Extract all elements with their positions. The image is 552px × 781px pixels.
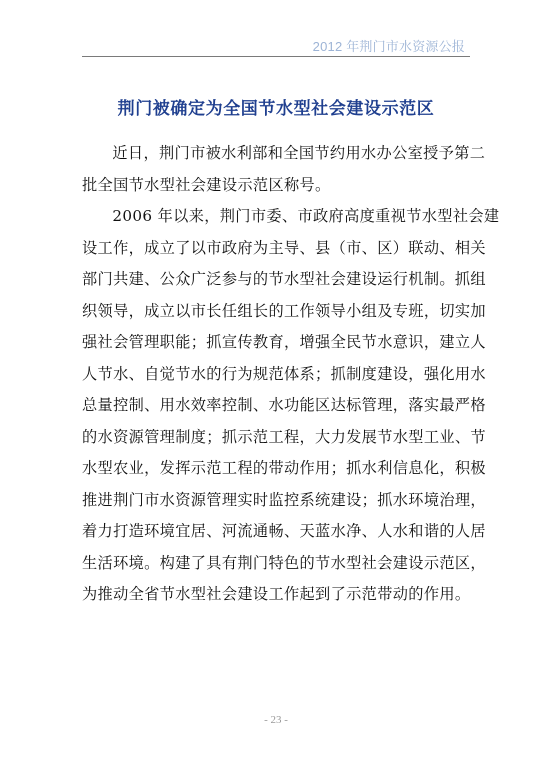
- text-line: 织领导，成立以市长任组长的工作领导小组及专班，切实加: [82, 296, 482, 328]
- header-rule: [82, 56, 470, 57]
- text-line: 的水资源管理制度；抓示范工程，大力发展节水型工业、节: [82, 422, 482, 454]
- text-line: 着力打造环境宜居、河流通畅、天蓝水净、人水和谐的人居: [82, 516, 482, 548]
- paragraph-2: 2006 年以来，荆门市委、市政府高度重视节水型社会建 设工作，成立了以市政府为…: [82, 201, 482, 611]
- text-line: 批全国节水型社会建设示范区称号。: [82, 170, 482, 202]
- text-line: 强社会管理职能；抓宣传教育，增强全民节水意识，建立人: [82, 327, 482, 359]
- document-page: 2012 年荆门市水资源公报 荆门被确定为全国节水型社会建设示范区 近日，荆门市…: [0, 0, 552, 781]
- article-title: 荆门被确定为全国节水型社会建设示范区: [0, 97, 552, 121]
- text-line: 2006 年以来，荆门市委、市政府高度重视节水型社会建: [82, 201, 482, 233]
- text-line: 人节水、自觉节水的行为规范体系；抓制度建设，强化用水: [82, 359, 482, 391]
- text-line: 为推动全省节水型社会建设工作起到了示范带动的作用。: [82, 579, 482, 611]
- text-line: 水型农业，发挥示范工程的带动作用；抓水利信息化，积极: [82, 453, 482, 485]
- text-line: 推进荆门市水资源管理实时监控系统建设；抓水环境治理，: [82, 485, 482, 517]
- text-line: 生活环境。构建了具有荆门特色的节水型社会建设示范区，: [82, 548, 482, 580]
- paragraph-1: 近日，荆门市被水利部和全国节约用水办公室授予第二 批全国节水型社会建设示范区称号…: [82, 138, 482, 201]
- page-number: - 23 -: [0, 713, 552, 727]
- text-line: 总量控制、用水效率控制、水功能区达标管理，落实最严格: [82, 390, 482, 422]
- text-line: 部门共建、公众广泛参与的节水型社会建设运行机制。抓组: [82, 264, 482, 296]
- article-body: 近日，荆门市被水利部和全国节约用水办公室授予第二 批全国节水型社会建设示范区称号…: [82, 138, 482, 611]
- running-header: 2012 年荆门市水资源公报: [82, 38, 465, 56]
- text-line: 设工作，成立了以市政府为主导、县（市、区）联动、相关: [82, 233, 482, 265]
- text-line: 近日，荆门市被水利部和全国节约用水办公室授予第二: [82, 138, 482, 170]
